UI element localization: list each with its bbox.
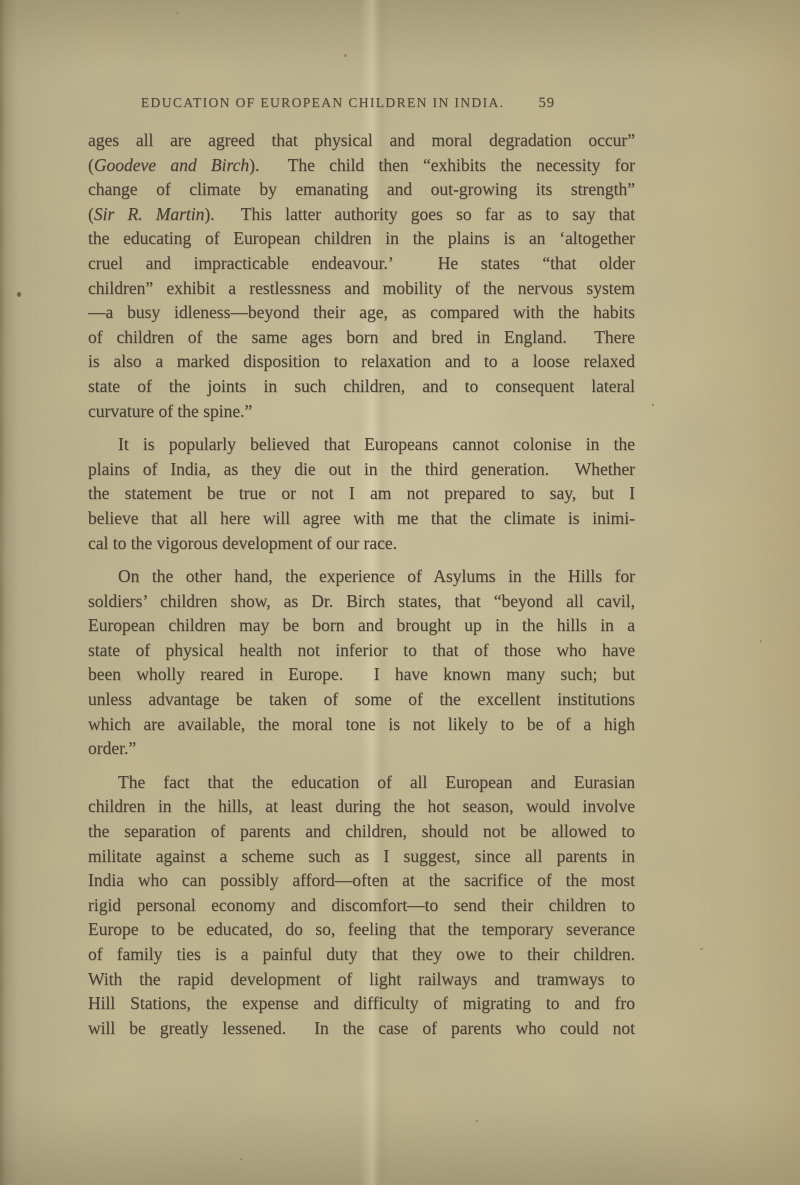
text-run: the separation of parents and children, …	[88, 821, 635, 841]
paragraph-3: On the other hand, the experience of Asy…	[88, 564, 635, 761]
text-run: It is popularly believed that Europeans …	[118, 434, 635, 454]
text-run: children in the hills, at least during t…	[88, 796, 635, 816]
text-run: of family ties is a painful duty that th…	[88, 944, 635, 964]
paper-speck	[476, 1120, 478, 1122]
text-line: order.”	[88, 736, 635, 761]
text-line: European children may be born and brough…	[88, 613, 635, 638]
text-line: the educating of European children in th…	[88, 226, 635, 251]
text-run: With the rapid development of light rail…	[88, 969, 635, 989]
paper-speck	[240, 1158, 242, 1160]
text-line: believe that all here will agree with me…	[88, 506, 635, 531]
text-line: With the rapid development of light rail…	[88, 967, 635, 992]
text-line: change of climate by emanating and out-g…	[88, 177, 635, 202]
text-run: European children may be born and brough…	[88, 615, 635, 635]
text-run: ). This latter authority goes so far as …	[204, 204, 635, 224]
text-line: cruel and impracticable endeavour.’ He s…	[88, 251, 635, 276]
running-head: EDUCATION OF EUROPEAN CHILDREN IN INDIA.…	[88, 95, 635, 117]
text-run: On the other hand, the experience of Asy…	[118, 566, 635, 586]
text-line: children” exhibit a restlessness and mob…	[88, 276, 635, 301]
text-run: will be greatly lessened. In the case of…	[88, 1018, 635, 1038]
paragraph-1: ages all are agreed that physical and mo…	[88, 128, 635, 423]
text-line: curvature of the spine.”	[88, 399, 635, 424]
text-run: is also a marked disposition to relaxati…	[88, 351, 635, 371]
text-run: unless advantage be taken of some of the…	[88, 689, 635, 709]
paper-speck	[760, 640, 762, 643]
text-run: ). The child then “exhibits the necessit…	[249, 155, 635, 175]
text-line: —a busy idleness—beyond their age, as co…	[88, 300, 635, 325]
paragraph-2: It is popularly believed that Europeans …	[88, 432, 635, 555]
text-line: state of the joints in such children, an…	[88, 374, 635, 399]
text-line: Europe to be educated, do so, feeling th…	[88, 917, 635, 942]
text-run: cal to the vigorous development of our r…	[88, 533, 397, 553]
text-line: ages all are agreed that physical and mo…	[88, 128, 635, 153]
italic-citation: Sir R. Martin	[94, 204, 205, 224]
text-run: which are available, the moral tone is n…	[88, 714, 635, 734]
text-line: rigid personal economy and discomfort—to…	[88, 893, 635, 918]
paragraph-4: The fact that the education of all Europ…	[88, 770, 635, 1041]
paper-speck	[344, 54, 347, 57]
paper-speck	[652, 404, 654, 406]
text-run: The fact that the education of all Europ…	[118, 772, 635, 792]
text-line: On the other hand, the experience of Asy…	[88, 564, 635, 589]
paper-speck	[700, 948, 703, 950]
text-run: state of the joints in such children, an…	[88, 376, 635, 396]
text-line: cal to the vigorous development of our r…	[88, 531, 635, 556]
text-line: The fact that the education of all Europ…	[88, 770, 635, 795]
text-line: soldiers’ children show, as Dr. Birch st…	[88, 589, 635, 614]
text-line: been wholly reared in Europe. I have kno…	[88, 662, 635, 687]
text-run: militate against a scheme such as I sugg…	[88, 846, 635, 866]
paper-speck	[176, 12, 179, 15]
text-run: curvature of the spine.”	[88, 401, 252, 421]
text-line: militate against a scheme such as I sugg…	[88, 844, 635, 869]
page-number: 59	[539, 95, 556, 112]
text-run: the statement be true or not I am not pr…	[88, 483, 635, 503]
text-run: state of physical health not inferior to…	[88, 640, 635, 660]
text-line: children in the hills, at least during t…	[88, 794, 635, 819]
text-run: cruel and impracticable endeavour.’ He s…	[88, 253, 635, 273]
text-line: which are available, the moral tone is n…	[88, 712, 635, 737]
text-line: the statement be true or not I am not pr…	[88, 481, 635, 506]
text-line: It is popularly believed that Europeans …	[88, 432, 635, 457]
text-line: (Goodeve and Birch). The child then “exh…	[88, 153, 635, 178]
text-line: of children of the same ages born and br…	[88, 325, 635, 350]
text-run: plains of India, as they die out in the …	[88, 459, 635, 479]
text-run: order.”	[88, 738, 136, 758]
text-run: ages all are agreed that physical and mo…	[88, 130, 635, 150]
text-line: (Sir R. Martin). This latter authority g…	[88, 202, 635, 227]
text-line: India who can possibly afford—often at t…	[88, 868, 635, 893]
text-line: the separation of parents and children, …	[88, 819, 635, 844]
text-run: soldiers’ children show, as Dr. Birch st…	[88, 591, 635, 611]
paper-speck	[17, 292, 21, 297]
text-run: Europe to be educated, do so, feeling th…	[88, 919, 635, 939]
text-run: the educating of European children in th…	[88, 228, 635, 248]
text-line: is also a marked disposition to relaxati…	[88, 349, 635, 374]
text-run: of children of the same ages born and br…	[88, 327, 635, 347]
text-line: unless advantage be taken of some of the…	[88, 687, 635, 712]
text-line: of family ties is a painful duty that th…	[88, 942, 635, 967]
text-run: change of climate by emanating and out-g…	[88, 179, 635, 199]
text-run: rigid personal economy and discomfort—to…	[88, 895, 635, 915]
text-line: state of physical health not inferior to…	[88, 638, 635, 663]
running-title: EDUCATION OF EUROPEAN CHILDREN IN INDIA.	[141, 95, 504, 111]
text-run: believe that all here will agree with me…	[88, 508, 635, 528]
text-run: been wholly reared in Europe. I have kno…	[88, 664, 635, 684]
text-line: will be greatly lessened. In the case of…	[88, 1016, 635, 1041]
text-run: Hill Stations, the expense and difficult…	[88, 993, 635, 1013]
text-run: India who can possibly afford—often at t…	[88, 870, 635, 890]
italic-citation: Goodeve and Birch	[94, 155, 249, 175]
text-run: —a busy idleness—beyond their age, as co…	[88, 302, 635, 322]
text-line: Hill Stations, the expense and difficult…	[88, 991, 635, 1016]
text-run: children” exhibit a restlessness and mob…	[88, 278, 635, 298]
page-body: ages all are agreed that physical and mo…	[88, 128, 635, 1040]
text-line: plains of India, as they die out in the …	[88, 457, 635, 482]
book-page-scan: EDUCATION OF EUROPEAN CHILDREN IN INDIA.…	[0, 0, 800, 1185]
